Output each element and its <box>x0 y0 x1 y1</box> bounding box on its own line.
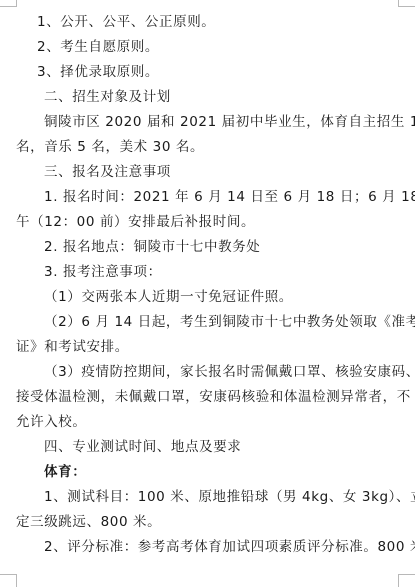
paragraph-line: 3. 报考注意事项： <box>16 263 415 281</box>
subsection-heading-sports: 体育： <box>16 463 415 481</box>
paragraph-line: 定三级跳远、800 米。 <box>16 513 400 531</box>
page-corner-mark-top-right <box>398 0 415 7</box>
paragraph-line: 1、测试科目：100 米、原地推铅球（男 4kg、女 3kg）、立 <box>16 488 415 506</box>
paragraph-line: 名，音乐 5 名，美术 30 名。 <box>16 138 400 156</box>
document-page: 1、公开、公平、公正原则。 2、考生自愿原则。 3、择优录取原则。 二、招生对象… <box>0 0 415 587</box>
paragraph-line: 2. 报名地点：铜陵市十七中教务处 <box>16 238 415 256</box>
page-corner-mark-bottom-left <box>0 574 17 587</box>
paragraph-line: 午（12：00 前）安排最后补报时间。 <box>16 213 400 231</box>
paragraph-line: （2）6 月 14 日起，考生到铜陵市十七中教务处领取《准考 <box>16 313 415 331</box>
paragraph-line: 1. 报名时间：2021 年 6 月 14 日至 6 月 18 日；6 月 18… <box>16 188 415 206</box>
principle-item-3: 3、择优录取原则。 <box>16 63 415 81</box>
section-heading-3: 三、报名及注意事项 <box>16 163 415 181</box>
section-heading-2: 二、招生对象及计划 <box>16 88 415 106</box>
paragraph-line: 允许入校。 <box>16 413 400 431</box>
paragraph-line: 铜陵市区 2020 届和 2021 届初中毕业生，体育自主招生 15 <box>16 113 415 131</box>
paragraph-line: 证》和考试安排。 <box>16 338 400 356</box>
paragraph-line: 接受体温检测，未佩戴口罩，安康码核验和体温检测异常者，不 <box>16 388 400 406</box>
principle-item-2: 2、考生自愿原则。 <box>16 38 415 56</box>
page-corner-mark-bottom-right <box>398 574 415 587</box>
paragraph-line: （1）交两张本人近期一寸免冠证件照。 <box>16 288 415 306</box>
section-heading-4: 四、专业测试时间、地点及要求 <box>16 438 415 456</box>
paragraph-line: 2、评分标准：参考高考体育加试四项素质评分标准。800 米 <box>16 538 415 556</box>
principle-item-1: 1、公开、公平、公正原则。 <box>16 13 415 31</box>
paragraph-line: （3）疫情防控期间，家长报名时需佩戴口罩、核验安康码、 <box>16 363 415 381</box>
page-corner-mark-top-left <box>0 0 17 7</box>
